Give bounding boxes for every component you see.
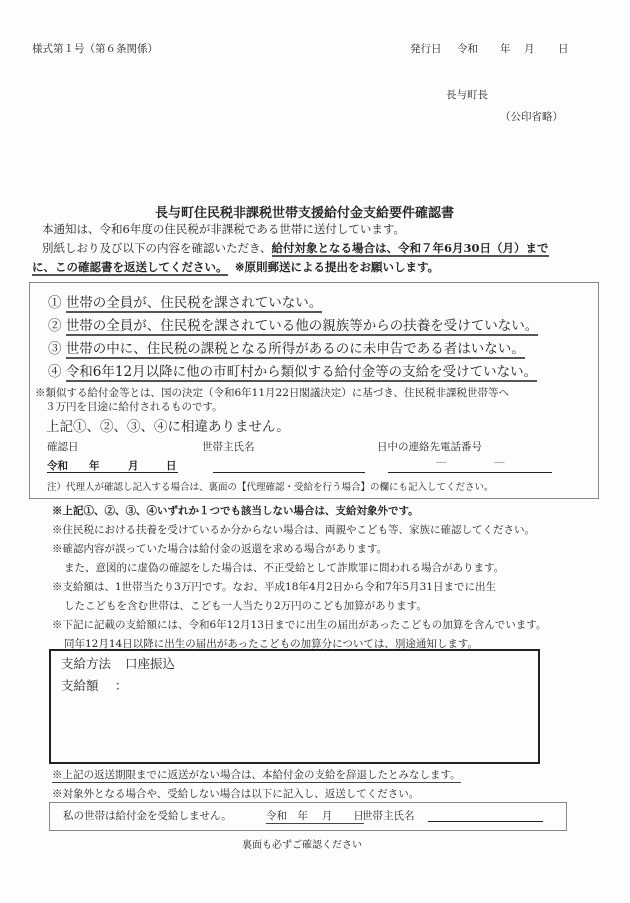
confirm-date-label: 確認日: [47, 439, 79, 454]
intro-line-2-plain: 別紙しおり及び以下の内容を確認いただき、: [42, 241, 272, 255]
document-title: 長与町住民税非課税世帯支援給付金支給要件確認書: [155, 202, 454, 221]
condition-1: ① 世帯の全員が、住民税を課されていない。: [48, 291, 322, 311]
intro-return-request: に、この確認書を返送してください。: [32, 260, 228, 276]
condition-3-number: ③: [48, 341, 62, 357]
condition-2: ② 世帯の全員が、住民税を課されている他の親族等からの扶養を受けていない。: [48, 314, 538, 334]
similar-benefit-note-2: ３万円を目途に給付されるものです。: [45, 399, 223, 414]
condition-2-number: ②: [48, 318, 62, 334]
mail-submission-note: ※原則郵送による提出をお願いします。: [235, 260, 439, 274]
intro-line-2: 別紙しおり及び以下の内容を確認いただき、給付対象となる場合は、令和７年6月30日…: [42, 240, 549, 256]
note-fraud: また、意図的に虚偽の確認をした場合は、不正受給として詐欺罪に問われる場合がありま…: [64, 560, 504, 575]
note-refund: ※確認内容が誤っていた場合は給付金の返還を求める場合があります。: [52, 541, 387, 556]
confirm-date-field[interactable]: 令和 年 月 日: [47, 458, 178, 473]
seal-omitted-note: （公印省略）: [500, 109, 563, 124]
refusal-instruction: ※対象外となる場合や、受給しない場合は以下に記入し、返送してください。: [52, 786, 419, 801]
refusal-date-field[interactable]: 令和 年 月 日: [266, 808, 364, 824]
note-amount-1: ※支給額は、1世帯当たり3万円です。なお、平成18年4月2日から令和7年5月31…: [52, 579, 496, 594]
note-dependency: ※住民税における扶養を受けているか分からない場合は、両親やこども等、家族に確認し…: [52, 522, 535, 537]
confirm-date-year: 年: [89, 458, 100, 473]
intro-line-1: 本通知は、令和6年度の住民税が非課税である世帯に送付しています。: [42, 221, 405, 237]
deadline-note: ※上記の返送期限までに返送がない場合は、本給付金の支給を辞退したとみなします。: [52, 767, 461, 783]
head-name-label: 世帯主氏名: [202, 439, 255, 454]
payment-amount-separator: ：: [115, 676, 128, 694]
intro-deadline-text: 給付対象となる場合は、令和７年6月30日（月）まで: [272, 241, 549, 257]
condition-4: ④ 令和6年12月以降に他の市町村から類似する給付金等の支給を受けていない。: [48, 360, 537, 380]
condition-2-text: 世帯の全員が、住民税を課されている他の親族等からの扶養を受けていない。: [66, 318, 539, 336]
issue-day-label: 日: [558, 41, 569, 56]
phone-label: 日中の連絡先電話番号: [377, 439, 482, 454]
issuer-name: 長与町長: [446, 87, 488, 102]
phone-dash-1: ―: [436, 456, 447, 468]
payment-method-label: 支給方法: [61, 654, 111, 672]
issue-date-label: 発行日: [410, 41, 442, 56]
condition-1-text: 世帯の全員が、住民税を課されていない。: [66, 295, 323, 313]
refusal-head-name-input-line[interactable]: [428, 821, 543, 822]
refusal-head-name-label: 世帯主氏名: [362, 808, 415, 823]
issue-month-label: 月: [524, 41, 535, 56]
condition-1-number: ①: [48, 295, 62, 311]
condition-3: ③ 世帯の中に、住民税の課税となる所得があるのに未申告である者はいない。: [48, 337, 525, 357]
declaration-text: 上記①、②、③、④に相違ありません。: [46, 415, 290, 435]
refusal-statement: 私の世帯は給付金を受給しません。: [63, 808, 232, 823]
head-name-input-line[interactable]: [213, 472, 365, 473]
issue-date-era: 令和: [457, 41, 478, 56]
phone-input-line[interactable]: [388, 472, 552, 473]
note-child-addition-1: ※下記に記載の支給額には、令和6年12月13日までに出生の届出があったこどもの加…: [52, 617, 546, 632]
phone-dash-2: ―: [494, 456, 505, 468]
confirm-date-day: 日: [166, 458, 177, 473]
footer-note: 裏面も必ずご確認ください: [242, 836, 362, 851]
condition-3-text: 世帯の中に、住民税の課税となる所得があるのに未申告である者はいない。: [66, 341, 525, 359]
intro-line-3: に、この確認書を返送してください。 ※原則郵送による提出をお願いします。: [32, 259, 439, 275]
payment-method-value: 口座振込: [125, 654, 175, 672]
form-number: 様式第１号（第６条関係）: [32, 41, 158, 56]
condition-4-text: 令和6年12月以降に他の市町村から類似する給付金等の支給を受けていない。: [66, 364, 537, 382]
proxy-note: 注）代理人が確認し記入する場合は、裏面の【代理確認・受給を行う場合】の欄にも記入…: [47, 479, 494, 493]
confirm-date-month: 月: [128, 458, 139, 473]
similar-benefit-note-1: ※類似する給付金等とは、国の決定（令和6年11月22日閣議決定）に基づき、住民税…: [35, 385, 509, 400]
payment-info-box: [49, 649, 540, 764]
confirm-date-era: 令和: [47, 458, 68, 473]
issue-year-label: 年: [500, 41, 511, 56]
note-ineligible: ※上記①、②、③、④いずれか１つでも該当しない場合は、支給対象外です。: [52, 503, 419, 518]
note-amount-2: したこどもを含む世帯は、こども一人当たり2万円のこども加算があります。: [64, 598, 427, 613]
condition-4-number: ④: [48, 364, 62, 380]
payment-amount-label: 支給額: [61, 676, 99, 694]
